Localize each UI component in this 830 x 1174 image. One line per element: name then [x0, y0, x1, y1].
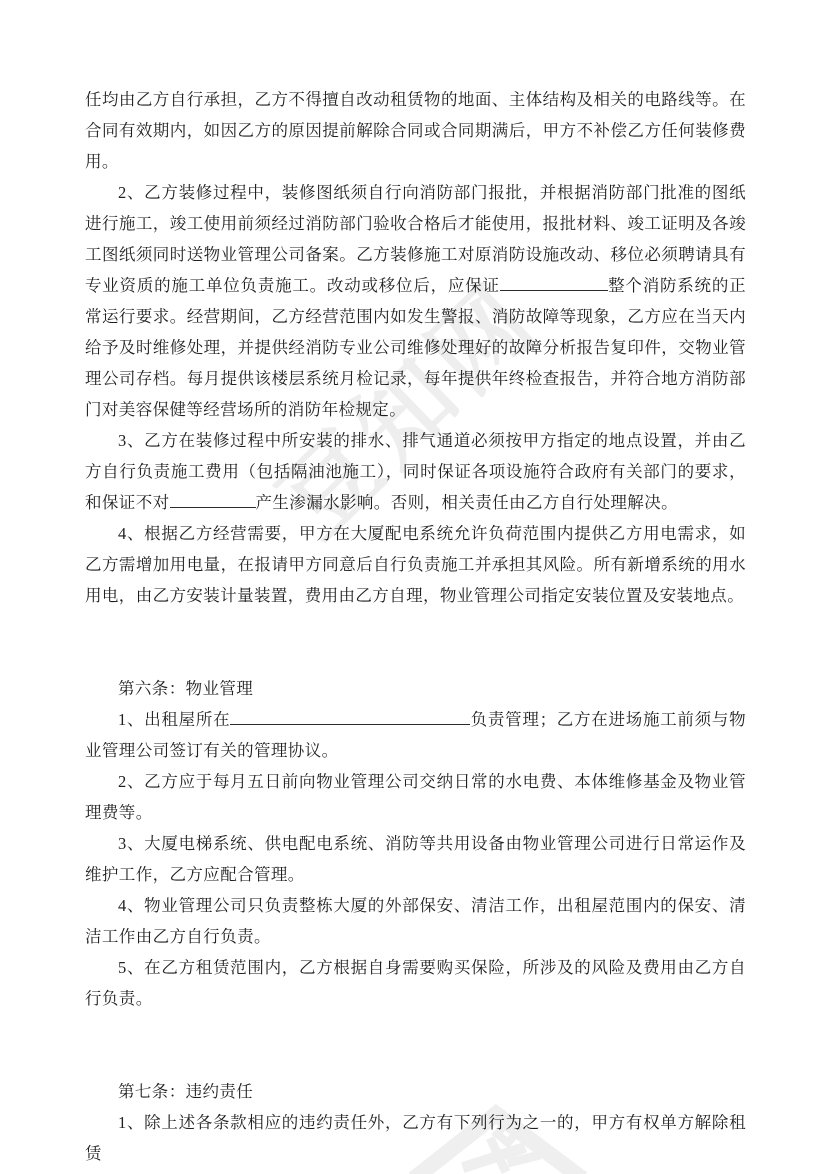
fill-in-blank [170, 492, 256, 508]
document-body: 任均由乙方自行承担，乙方不得擅自改动租赁物的地面、主体结构及相关的电路线等。在合… [85, 84, 746, 1169]
paragraph: 4、根据乙方经营需要，甲方在大厦配电系统允许负荷范围内提供乙方用电需求，如乙方需… [85, 518, 746, 611]
section-gap [85, 611, 746, 673]
paragraph: 2、乙方装修过程中，装修图纸须自行向消防部门报批，并根据消防部门批准的图纸进行施… [85, 177, 746, 425]
section-gap [85, 1014, 746, 1076]
paragraph: 2、乙方应于每月五日前向物业管理公司交纳日常的水电费、本体维修基金及物业管理费等… [85, 766, 746, 828]
paragraph: 1、除上述各条款相应的违约责任外，乙方有下列行为之一的，甲方有权单方解除租赁 [85, 1107, 746, 1169]
paragraph: 3、大厦电梯系统、供电配电系统、消防等共用设备由物业管理公司进行日常运作及维护工… [85, 828, 746, 890]
paragraph: 任均由乙方自行承担，乙方不得擅自改动租赁物的地面、主体结构及相关的电路线等。在合… [85, 84, 746, 177]
fill-in-blank [500, 275, 608, 291]
paragraph: 3、乙方在装修过程中所安装的排水、排气通道必须按甲方指定的地点设置，并由乙方自行… [85, 425, 746, 518]
fill-in-blank [230, 709, 470, 725]
section-heading: 第七条：违约责任 [85, 1076, 746, 1107]
section-heading: 第六条：物业管理 [85, 673, 746, 704]
paragraph: 5、在乙方租赁范围内，乙方根据自身需要购买保险，所涉及的风险及费用由乙方自行负责… [85, 952, 746, 1014]
paragraph: 4、物业管理公司只负责整栋大厦的外部保安、清洁工作，出租屋范围内的保安、清洁工作… [85, 890, 746, 952]
paragraph: 1、出租屋所在负责管理；乙方在进场施工前须与物业管理公司签订有关的管理协议。 [85, 704, 746, 766]
document-page: 豆知网 任均由乙方自行承担，乙方不得擅自改动租赁物的地面、主体结构及相关的电路线… [0, 0, 830, 1174]
